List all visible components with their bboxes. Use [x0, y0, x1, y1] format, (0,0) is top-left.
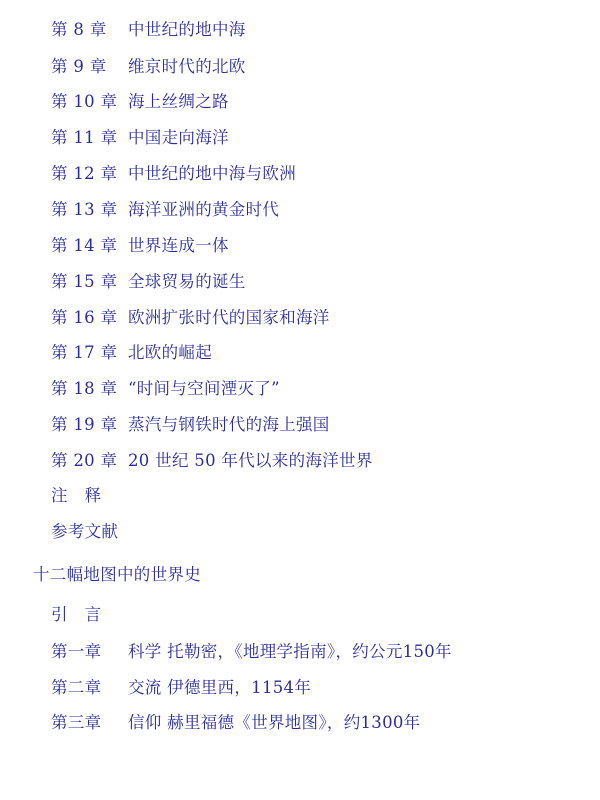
toc-entry-chapter-two[interactable]: 第二章交流 伊德里西，1154年 — [51, 676, 311, 700]
chapter-number: 第 12 章 — [51, 162, 128, 186]
chapter-title: 欧洲扩张时代的国家和海洋 — [128, 308, 330, 327]
chapter-title: 全球贸易的诞生 — [128, 272, 246, 291]
toc-entry-chapter-10[interactable]: 第 10 章海上丝绸之路 — [51, 90, 229, 114]
chapter-title: 蒸汽与钢铁时代的海上强国 — [128, 415, 330, 434]
chapter-number: 第 10 章 — [51, 90, 128, 114]
chapter-title: 中世纪的地中海 — [128, 20, 246, 39]
chapter-title: “时间与空间湮灭了” — [128, 379, 280, 398]
chapter-number: 第 16 章 — [51, 306, 128, 330]
chapter-number: 第 20 章 — [51, 449, 128, 473]
introduction-title: 引 言 — [51, 605, 101, 624]
chapter-number: 第 19 章 — [51, 413, 128, 437]
chapter-number: 第 17 章 — [51, 341, 128, 365]
toc-entry-chapter-12[interactable]: 第 12 章中世纪的地中海与欧洲 — [51, 162, 296, 186]
chapter-number: 第 11 章 — [51, 126, 128, 150]
chapter-title: 信仰 赫里福德《世界地图》，约1300年 — [128, 713, 421, 732]
chapter-title: 世界连成一体 — [128, 236, 229, 255]
chapter-number: 第 15 章 — [51, 270, 128, 294]
toc-entry-chapter-16[interactable]: 第 16 章欧洲扩张时代的国家和海洋 — [51, 306, 330, 330]
toc-entry-references[interactable]: 参考文献 — [51, 520, 118, 544]
toc-entry-chapter-11[interactable]: 第 11 章中国走向海洋 — [51, 126, 229, 150]
chapter-title: 20 世纪 50 年代以来的海洋世界 — [128, 451, 373, 470]
toc-entry-chapter-14[interactable]: 第 14 章世界连成一体 — [51, 234, 229, 258]
chapter-number: 第三章 — [51, 711, 128, 735]
chapter-number: 第 13 章 — [51, 198, 128, 222]
chapter-number: 第 14 章 — [51, 234, 128, 258]
chapter-title: 交流 伊德里西，1154年 — [128, 678, 311, 697]
chapter-title: 海上丝绸之路 — [128, 92, 229, 111]
chapter-title: 中世纪的地中海与欧洲 — [128, 164, 296, 183]
chapter-title: 中国走向海洋 — [128, 128, 229, 147]
chapter-number: 第 8 章 — [51, 18, 128, 42]
toc-section-heading[interactable]: 十二幅地图中的世界史 — [33, 563, 201, 587]
toc-entry-notes[interactable]: 注 释 — [51, 484, 101, 508]
chapter-title: 海洋亚洲的黄金时代 — [128, 200, 279, 219]
chapter-number: 第一章 — [51, 640, 128, 664]
toc-entry-chapter-18[interactable]: 第 18 章“时间与空间湮灭了” — [51, 377, 280, 401]
references-title: 参考文献 — [51, 522, 118, 541]
chapter-number: 第二章 — [51, 676, 128, 700]
toc-entry-chapter-13[interactable]: 第 13 章海洋亚洲的黄金时代 — [51, 198, 279, 222]
toc-entry-chapter-20[interactable]: 第 20 章20 世纪 50 年代以来的海洋世界 — [51, 449, 373, 473]
toc-entry-chapter-three[interactable]: 第三章信仰 赫里福德《世界地图》，约1300年 — [51, 711, 421, 735]
chapter-title: 维京时代的北欧 — [128, 57, 246, 76]
toc-entry-chapter-8[interactable]: 第 8 章中世纪的地中海 — [51, 18, 246, 42]
chapter-title: 科学 托勒密，《地理学指南》，约公元150年 — [128, 642, 452, 661]
section-title: 十二幅地图中的世界史 — [33, 565, 201, 584]
chapter-title: 北欧的崛起 — [128, 343, 212, 362]
toc-entry-chapter-19[interactable]: 第 19 章蒸汽与钢铁时代的海上强国 — [51, 413, 330, 437]
toc-entry-chapter-9[interactable]: 第 9 章维京时代的北欧 — [51, 55, 246, 79]
notes-title: 注 释 — [51, 486, 101, 505]
toc-entry-chapter-one[interactable]: 第一章科学 托勒密，《地理学指南》，约公元150年 — [51, 640, 452, 664]
chapter-number: 第 18 章 — [51, 377, 128, 401]
toc-entry-chapter-15[interactable]: 第 15 章全球贸易的诞生 — [51, 270, 246, 294]
chapter-number: 第 9 章 — [51, 55, 128, 79]
toc-entry-introduction[interactable]: 引 言 — [51, 603, 101, 627]
toc-entry-chapter-17[interactable]: 第 17 章北欧的崛起 — [51, 341, 212, 365]
